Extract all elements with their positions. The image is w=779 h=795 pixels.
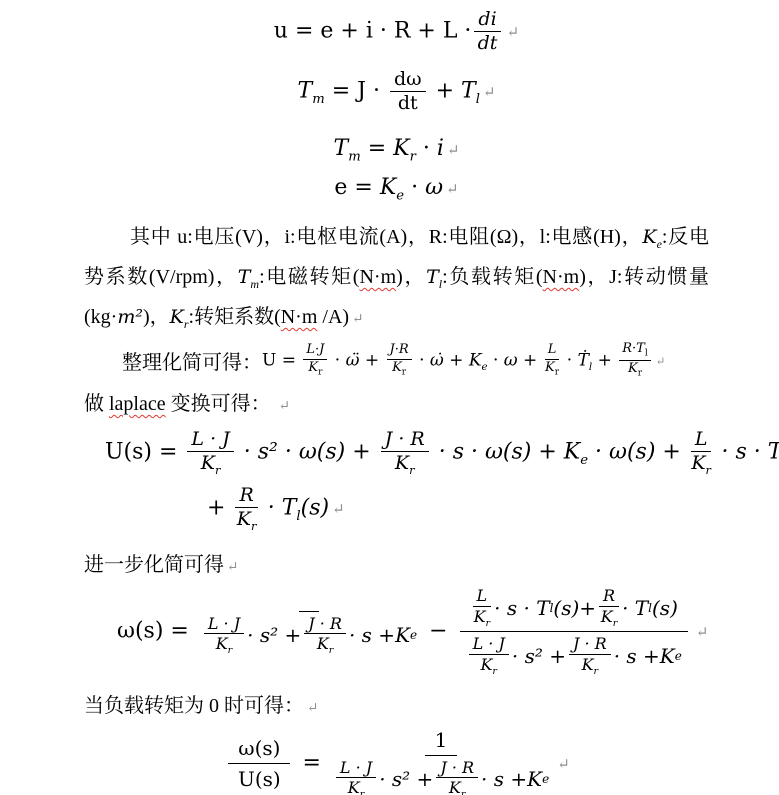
eq-run: + [444, 350, 469, 370]
fraction-numerator: R·Tl [619, 342, 650, 361]
fraction-numerator: L · J [187, 429, 233, 452]
fraction-denominator: dt [398, 92, 418, 114]
sub-r: r [486, 618, 491, 629]
eq-run: + [207, 495, 232, 520]
document-content: u = e + i · R + L ·didt↵ Tm = J · dωdt +… [0, 0, 779, 795]
sub-r: r [360, 789, 365, 795]
sub-r: r [594, 666, 599, 677]
fraction-numerator: J · R [304, 615, 346, 635]
var-omega-ddot: ω̈ [346, 350, 360, 370]
sub-r: r [492, 666, 497, 677]
fraction-JR-Kr: J · RKr [381, 429, 429, 476]
sub-r: r [228, 645, 233, 656]
paragraph-mark-icon: ↵ [656, 354, 666, 368]
big-fraction-denominator: L · JKr · s² + J · RKr · s + Ke [466, 632, 682, 676]
fraction-numerator: J · R [569, 635, 611, 655]
fraction-numerator: J · R [381, 429, 429, 452]
inline-equation-simplified: U = L·JKr · ω̈ + J·RKr · ω̇ + Ke · ω + L… [262, 342, 665, 380]
fraction-numerator: L · J [469, 635, 509, 655]
equation-laplace-us: U(s) = L · JKr · s² · ω(s) + J · RKr · s… [84, 429, 709, 476]
line-simplify: 整理化简可得：U = L·JKr · ω̈ + J·RKr · ω̇ + Ke … [84, 339, 709, 383]
eq-run: · s² + [247, 623, 301, 647]
fraction-denominator: Kr [601, 607, 618, 629]
var-K: K [317, 634, 329, 653]
fraction-numerator: L · J [204, 615, 244, 635]
text-run: 势系数(V/rpm)， [84, 266, 238, 288]
eq-run: · s · ω(s) + [432, 439, 564, 464]
var-T: T [334, 136, 349, 161]
big-fraction-load-terms: LKr · s · Tl(s) + RKr · Tl(s)L · JKr · s… [460, 586, 688, 677]
text-run: :负载转矩( [442, 266, 542, 288]
sub-e: e [580, 453, 588, 468]
paragraph-mark-icon: ↵ [447, 141, 460, 159]
fraction-numerator: L [473, 587, 492, 607]
eq-run: · s + [614, 644, 660, 668]
var-omega-dot: ω̇ [430, 350, 444, 370]
fraction-numerator: L · J [336, 759, 376, 779]
var-K: K [170, 306, 184, 328]
fraction-denominator: Kr [201, 452, 221, 476]
paragraph-line-3: (kg·m²)，Kr:转矩系数(N·m /A)↵ [84, 297, 709, 337]
var-T-dot: Ṫ [578, 350, 589, 370]
fraction-denominator: Kr [545, 360, 559, 378]
text-run: 其中 u:电压(V)，i:电枢电流(A)，R:电阻(Ω)，l:电感(H)， [130, 226, 642, 248]
fraction-denominator: Kr [628, 361, 642, 379]
equation-torque-current: Tm = Kr · i↵ [84, 136, 709, 164]
fraction-denominator: Kr [348, 778, 365, 795]
var-K: K [582, 655, 594, 674]
var-K: K [380, 175, 396, 200]
spellcheck-flagged-text: N·m [543, 266, 580, 288]
sub-r: r [329, 645, 334, 656]
big-fraction-us-over-char: L · JKr · s² + J · RKr · s + Ke [201, 607, 417, 656]
paragraph-mark-icon: ↵ [446, 180, 459, 198]
sub-e: e [675, 650, 682, 662]
var-T: T [461, 78, 476, 103]
eq-run: · ω(s) + [588, 439, 688, 464]
eq-run: e = [334, 175, 379, 200]
big-fraction-denominator: U(s) [238, 764, 281, 791]
spellcheck-flagged-text: N·m [359, 266, 396, 288]
var-K: K [480, 655, 492, 674]
number-one: 1 [435, 728, 448, 752]
var-K: K [628, 361, 638, 376]
fraction-JR-Kr: J · RKr [569, 635, 611, 676]
var-K: K [660, 644, 675, 668]
var-T: T [238, 266, 251, 288]
sub-m: m [250, 277, 259, 291]
paragraph-mark-icon: ↵ [696, 623, 709, 641]
eq-run: · s + [349, 623, 395, 647]
eq-run: · [561, 350, 577, 370]
fraction-L-Kr: LKr [473, 587, 492, 628]
sub-r: r [706, 462, 711, 476]
eq-run: (s) [652, 596, 678, 620]
sub-m: m [312, 92, 325, 107]
sub-l: l [645, 348, 648, 358]
text-run: )， [143, 306, 170, 328]
fraction-numerator: L·J [303, 343, 327, 359]
fraction-LJ-Kr: L · JKr [204, 615, 244, 656]
eq-voltage-lhs: u = e + i · R + L · [274, 18, 472, 43]
var-RT: R·T [622, 341, 645, 356]
fraction-LJ-Kr: L · JKr [469, 635, 509, 676]
var-K: K [308, 360, 318, 375]
paragraph-variable-definitions: 其中 u:电压(V)，i:电枢电流(A)，R:电阻(Ω)，l:电感(H)，Ke:… [84, 217, 709, 337]
document-page: u = e + i · R + L ·didt↵ Tm = J · dωdt +… [0, 0, 779, 795]
sub-l: l [476, 92, 480, 107]
sub-r: r [215, 462, 220, 476]
eq-run: · s + [481, 767, 527, 791]
eq-run: + [579, 596, 596, 620]
var-K: K [201, 452, 215, 474]
eq-run: + [359, 350, 384, 370]
equation-omega-s: ω(s) = L · JKr · s² + J · RKr · s + Ke −… [84, 586, 709, 677]
eq-run: · T [622, 596, 648, 620]
text-run: 当负载转矩为 0 时可得： [84, 695, 304, 717]
var-K: K [216, 634, 228, 653]
fraction-numerator: J·R [387, 343, 412, 359]
eq-run: (s) [301, 495, 329, 520]
var-K: K [395, 452, 409, 474]
fraction-di-dt: didt [474, 9, 500, 54]
fraction-denominator: Kr [237, 508, 257, 532]
big-fraction-ws-over-us: ω(s)U(s) [228, 735, 290, 791]
eq-run: · s² · ω(s) + [237, 439, 378, 464]
eq-run: · s² + [512, 644, 566, 668]
paragraph-mark-icon: ↵ [227, 559, 238, 574]
var-K: K [348, 778, 360, 795]
sub-r: r [638, 369, 642, 379]
var-m-squared: m² [117, 306, 143, 328]
text-run: :电磁转矩( [259, 266, 359, 288]
fraction-RTl-Kr: R·TlKr [619, 342, 650, 380]
fraction-numerator: L [691, 429, 712, 452]
paragraph-mark-icon: ↵ [332, 500, 345, 518]
var-K: K [691, 452, 705, 474]
equation-laplace-us-continuation: + RKr · Tl(s)↵ [84, 485, 709, 532]
sub-m: m [348, 149, 361, 164]
fraction-LJ-Kr: L · JKr [336, 759, 376, 795]
fraction-denominator: Kr [480, 655, 497, 677]
eq-run: · [404, 175, 425, 200]
var-K: K [527, 767, 542, 791]
sub-r: r [318, 367, 322, 377]
eq-run: + [518, 350, 543, 370]
fraction-numerator: R [599, 587, 619, 607]
equation-torque-motion: Tm = J · dωdt + Tl↵ [84, 69, 709, 114]
fraction-LJ-Kr: L·JKr [303, 343, 327, 378]
var-K: K [393, 136, 409, 161]
big-fraction-numerator: 1 [425, 727, 458, 756]
equation-voltage: u = e + i · R + L ·didt↵ [84, 9, 709, 54]
fraction-LJ-Kr: L · JKr [187, 429, 233, 476]
var-ws: ω(s) [238, 736, 280, 760]
paragraph-mark-icon: ↵ [483, 83, 496, 101]
big-fraction-denominator: L · JKr · s² + J · RKr · s + Ke [333, 756, 549, 795]
text-run: )， [396, 266, 426, 288]
sub-r: r [402, 367, 406, 377]
paragraph-line-2: 势系数(V/rpm)，Tm:电磁转矩(N·m)，Tl:负载转矩(N·m)，J:转… [84, 257, 709, 297]
paragraph-mark-icon: ↵ [507, 23, 520, 41]
sub-r: r [613, 618, 618, 629]
paragraph-mark-icon: ↵ [279, 398, 290, 413]
var-T: T [426, 266, 439, 288]
var-Us: U(s) [238, 767, 281, 791]
equation-back-emf: e = Ke · ω↵ [84, 175, 709, 203]
sub-r: r [409, 462, 414, 476]
spellcheck-flagged-text: laplace [109, 393, 166, 415]
fraction-denominator: Kr [582, 655, 599, 677]
sub-r: r [555, 367, 559, 377]
fraction-R-Kr: RKr [599, 587, 619, 628]
fraction-L-Kr: LKr [691, 429, 712, 476]
eq-run: · s · T [714, 439, 779, 464]
big-fraction-transfer: 1L · JKr · s² + J · RKr · s + Ke [333, 727, 549, 795]
sub-e: e [410, 629, 417, 641]
spellcheck-flagged-text: N·m [281, 306, 318, 328]
line-laplace: 做 laplace 变换可得： ↵ [84, 387, 709, 417]
eq-run: + [429, 78, 461, 103]
eq-run: · [488, 350, 504, 370]
fraction-L-Kr: LKr [545, 343, 560, 378]
var-K: K [474, 607, 486, 626]
fraction-denominator: Kr [308, 360, 322, 378]
equation-transfer-function: ω(s)U(s) = 1L · JKr · s² + J · RKr · s +… [84, 727, 709, 795]
text-run: /A) [317, 306, 349, 328]
var-i: i [437, 136, 444, 161]
var-K: K [564, 439, 580, 464]
fraction-denominator: Kr [392, 360, 406, 378]
sub-r: r [461, 789, 466, 795]
var-K: K [449, 778, 461, 795]
eq-run: · [416, 136, 437, 161]
line-further-simplify: 进一步化简可得↵ [84, 548, 709, 578]
sub-r: r [251, 519, 256, 533]
var-T: T [298, 78, 313, 103]
var-K: K [642, 226, 656, 248]
paragraph-mark-icon: ↵ [352, 311, 363, 326]
fraction-numerator: di [474, 9, 500, 32]
var-K: K [469, 350, 482, 370]
eq-run: ω(s) = [117, 618, 196, 643]
sub-e: e [396, 189, 404, 204]
text-run: :反电 [662, 226, 709, 248]
eq-run: · T [261, 495, 297, 520]
fraction-denominator: Kr [317, 634, 334, 656]
fraction-JR-Kr: J · RKr [304, 615, 346, 656]
eq-run: = [361, 136, 393, 161]
text-run: (kg· [84, 306, 117, 328]
label-simplify: 整理化简可得： [122, 346, 262, 375]
text-run: 做 [84, 393, 109, 415]
minus-sign: − [422, 618, 454, 643]
var-omega: ω [425, 175, 443, 200]
eq-run: + [592, 350, 617, 370]
text-run: 进一步化简可得 [84, 554, 224, 576]
var-K: K [237, 508, 251, 530]
fraction-denominator: Kr [691, 452, 711, 476]
eq-run: (s) [553, 596, 579, 620]
fraction-JR-Kr: J·RKr [387, 343, 412, 378]
fraction-numerator: R [235, 485, 257, 508]
paragraph-mark-icon: ↵ [307, 700, 318, 715]
fraction-numerator: J · R [436, 759, 478, 779]
paragraph-line-1: 其中 u:电压(V)，i:电枢电流(A)，R:电阻(Ω)，l:电感(H)，Ke:… [84, 217, 709, 257]
fraction-domega-dt: dωdt [390, 69, 426, 114]
fraction-denominator: Kr [395, 452, 415, 476]
sub-e: e [542, 773, 549, 785]
fraction-denominator: Kr [216, 634, 233, 656]
big-fraction-denominator: L · JKr · s² + J · RKr · s + Ke [201, 612, 417, 656]
big-fraction-numerator: ω(s) [228, 735, 290, 764]
eq-run: · s · T [494, 596, 549, 620]
var-K: K [392, 360, 402, 375]
var-K: K [545, 360, 555, 375]
fraction-JR-Kr: J · RKr [436, 759, 478, 795]
fraction-numerator: dω [390, 69, 426, 92]
var-K: K [395, 623, 410, 647]
eq-run: = [295, 750, 327, 775]
var-K: K [601, 607, 613, 626]
fraction-numerator: L [545, 343, 560, 359]
text-run: :转矩系数( [189, 306, 281, 328]
var-omega: ω [504, 350, 518, 370]
text-run: 变换可得： [166, 393, 276, 415]
eq-run: · [414, 350, 430, 370]
line-zero-load: 当负载转矩为 0 时可得：↵ [84, 689, 709, 719]
fraction-denominator: Kr [449, 778, 466, 795]
text-run: )，J:转动惯量 [579, 266, 709, 288]
eq-run: U = [262, 350, 301, 370]
fraction-R-Kr: RKr [235, 485, 257, 532]
eq-run: · s² + [379, 767, 433, 791]
big-fraction-numerator: LKr · s · Tl(s) + RKr · Tl(s) [460, 586, 688, 632]
eq-run: · [329, 350, 345, 370]
fraction-denominator: dt [478, 32, 498, 54]
fraction-denominator: Kr [474, 607, 491, 629]
paragraph-mark-icon: ↵ [557, 755, 570, 773]
eq-run: U(s) = [105, 439, 184, 464]
eq-run: = J · [325, 78, 387, 103]
